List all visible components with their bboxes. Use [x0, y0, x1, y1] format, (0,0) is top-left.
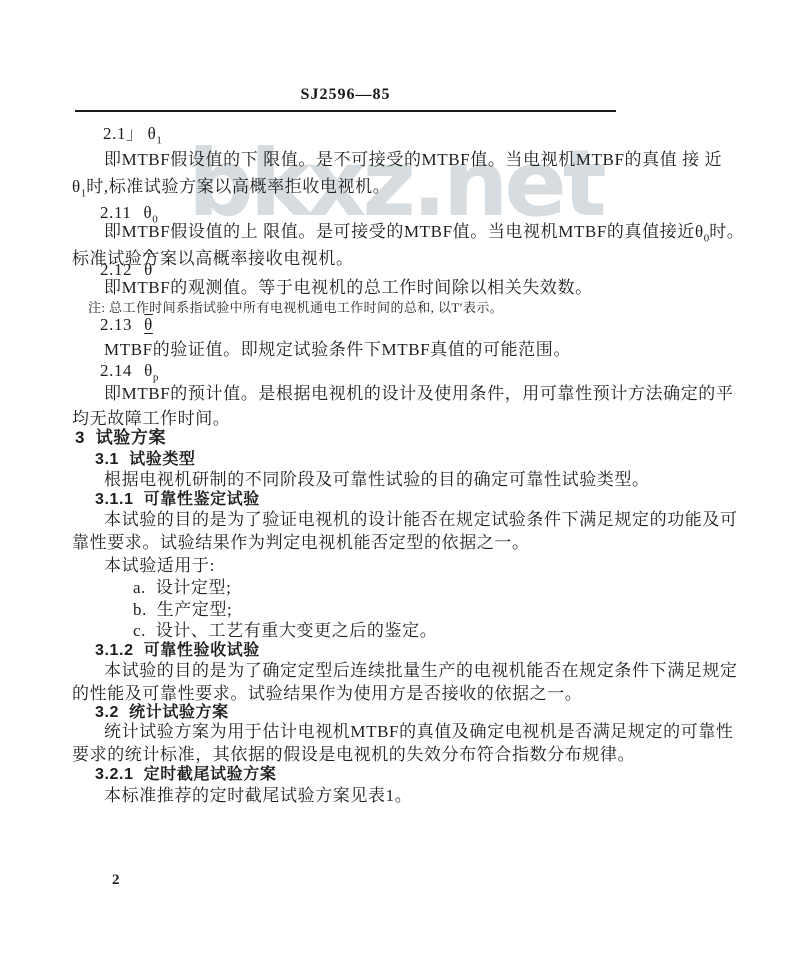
- paragraph-text: 即MTBF假设值的上 限值。是可接受的MTBF值。当电视机MTBF的真值接近: [104, 222, 695, 241]
- theta-symbol: θ: [144, 203, 153, 222]
- paragraph-line: 本试验的目的是为了验证电视机的设计能否在规定试验条件下满足规定的功能及可: [104, 509, 738, 531]
- paragraph-line: 即MTBF的观测值。等于电视机的总工作时间除以相关失效数。: [104, 277, 593, 299]
- paragraph-text: 时,标准试验方案以高概率拒收电视机。: [86, 177, 390, 196]
- paragraph-line: θ1时,标准试验方案以高概率拒收电视机。: [72, 176, 390, 204]
- paragraph-line: 本试验适用于:: [104, 555, 215, 577]
- standard-code-header: SJ2596—85: [75, 86, 616, 104]
- term-heading-2-13: 2.13θ: [100, 314, 153, 336]
- paragraph-line: 本试验的目的是为了确定定型后连续批量生产的电视机能否在规定条件下满足规定: [104, 660, 738, 682]
- term-number: 2.13: [100, 315, 132, 334]
- page-number: 2: [112, 869, 120, 891]
- theta-bar-symbol: θ: [144, 315, 153, 334]
- paragraph-line: 根据电视机研制的不同阶段及可靠性试验的目的确定可靠性试验类型。: [104, 469, 650, 491]
- chapter-heading-3: 3 试验方案: [75, 427, 166, 449]
- clause-heading-3-2-1: 3.2.1 定时截尾试验方案: [95, 764, 276, 786]
- term-heading-2-10: 2.1」θ1: [103, 123, 162, 151]
- term-number: 2.11: [100, 203, 132, 222]
- scanned-document-page: bkxz.net SJ2596—85 2.1」θ1 即MTBF假设值的下 限值。…: [0, 0, 800, 965]
- paragraph-line: 即MTBF假设值的下 限值。是不可接受的MTBF值。当电视机MTBF的真值 接 …: [104, 149, 722, 171]
- paragraph-line: 靠性要求。试验结果作为判定电视机能否定型的依据之一。: [72, 532, 530, 554]
- paragraph-line: 统计试验方案为用于估计电视机MTBF的真值及确定电视机是否满足规定的可靠性: [104, 721, 734, 743]
- hat-accent: ^: [142, 244, 156, 268]
- term-number: 2.1」: [103, 124, 144, 143]
- theta-subscript: p: [153, 371, 159, 383]
- paragraph-line: 即MTBF的预计值。是根据电视机的设计及使用条件，用可靠性预计方法确定的平: [104, 383, 734, 405]
- clause-heading-3-1-1: 3.1.1 可靠性鉴定试验: [95, 489, 260, 511]
- clause-heading-3-1-2: 3.1.2 可靠性验收试验: [95, 640, 260, 662]
- list-item-c: c. 设计、工艺有重大变更之后的鉴定。: [133, 620, 437, 642]
- clause-heading-3-1: 3.1 试验类型: [95, 449, 196, 471]
- theta-symbol: θ: [144, 361, 153, 380]
- theta-symbol: θ: [695, 222, 704, 241]
- list-item-b: b. 生产定型;: [133, 599, 232, 621]
- paragraph-text: 时。: [709, 222, 744, 241]
- header-rule: [75, 110, 616, 112]
- list-item-a: a. 设计定型;: [133, 577, 231, 599]
- term-number: 2.14: [100, 361, 132, 380]
- paragraph-line: 即MTBF假设值的上 限值。是可接受的MTBF值。当电视机MTBF的真值接近θ0…: [104, 221, 744, 249]
- paragraph-line: 要求的统计标准，其依据的假设是电视机的失效分布符合指数分布规律。: [72, 744, 635, 766]
- theta-symbol: θ: [72, 177, 81, 196]
- paragraph-line: 本标准推荐的定时截尾试验方案见表1。: [104, 785, 412, 807]
- theta-subscript: 1: [156, 134, 162, 146]
- paragraph-line: MTBF的验证值。即规定试验条件下MTBF真值的可能范围。: [104, 339, 571, 361]
